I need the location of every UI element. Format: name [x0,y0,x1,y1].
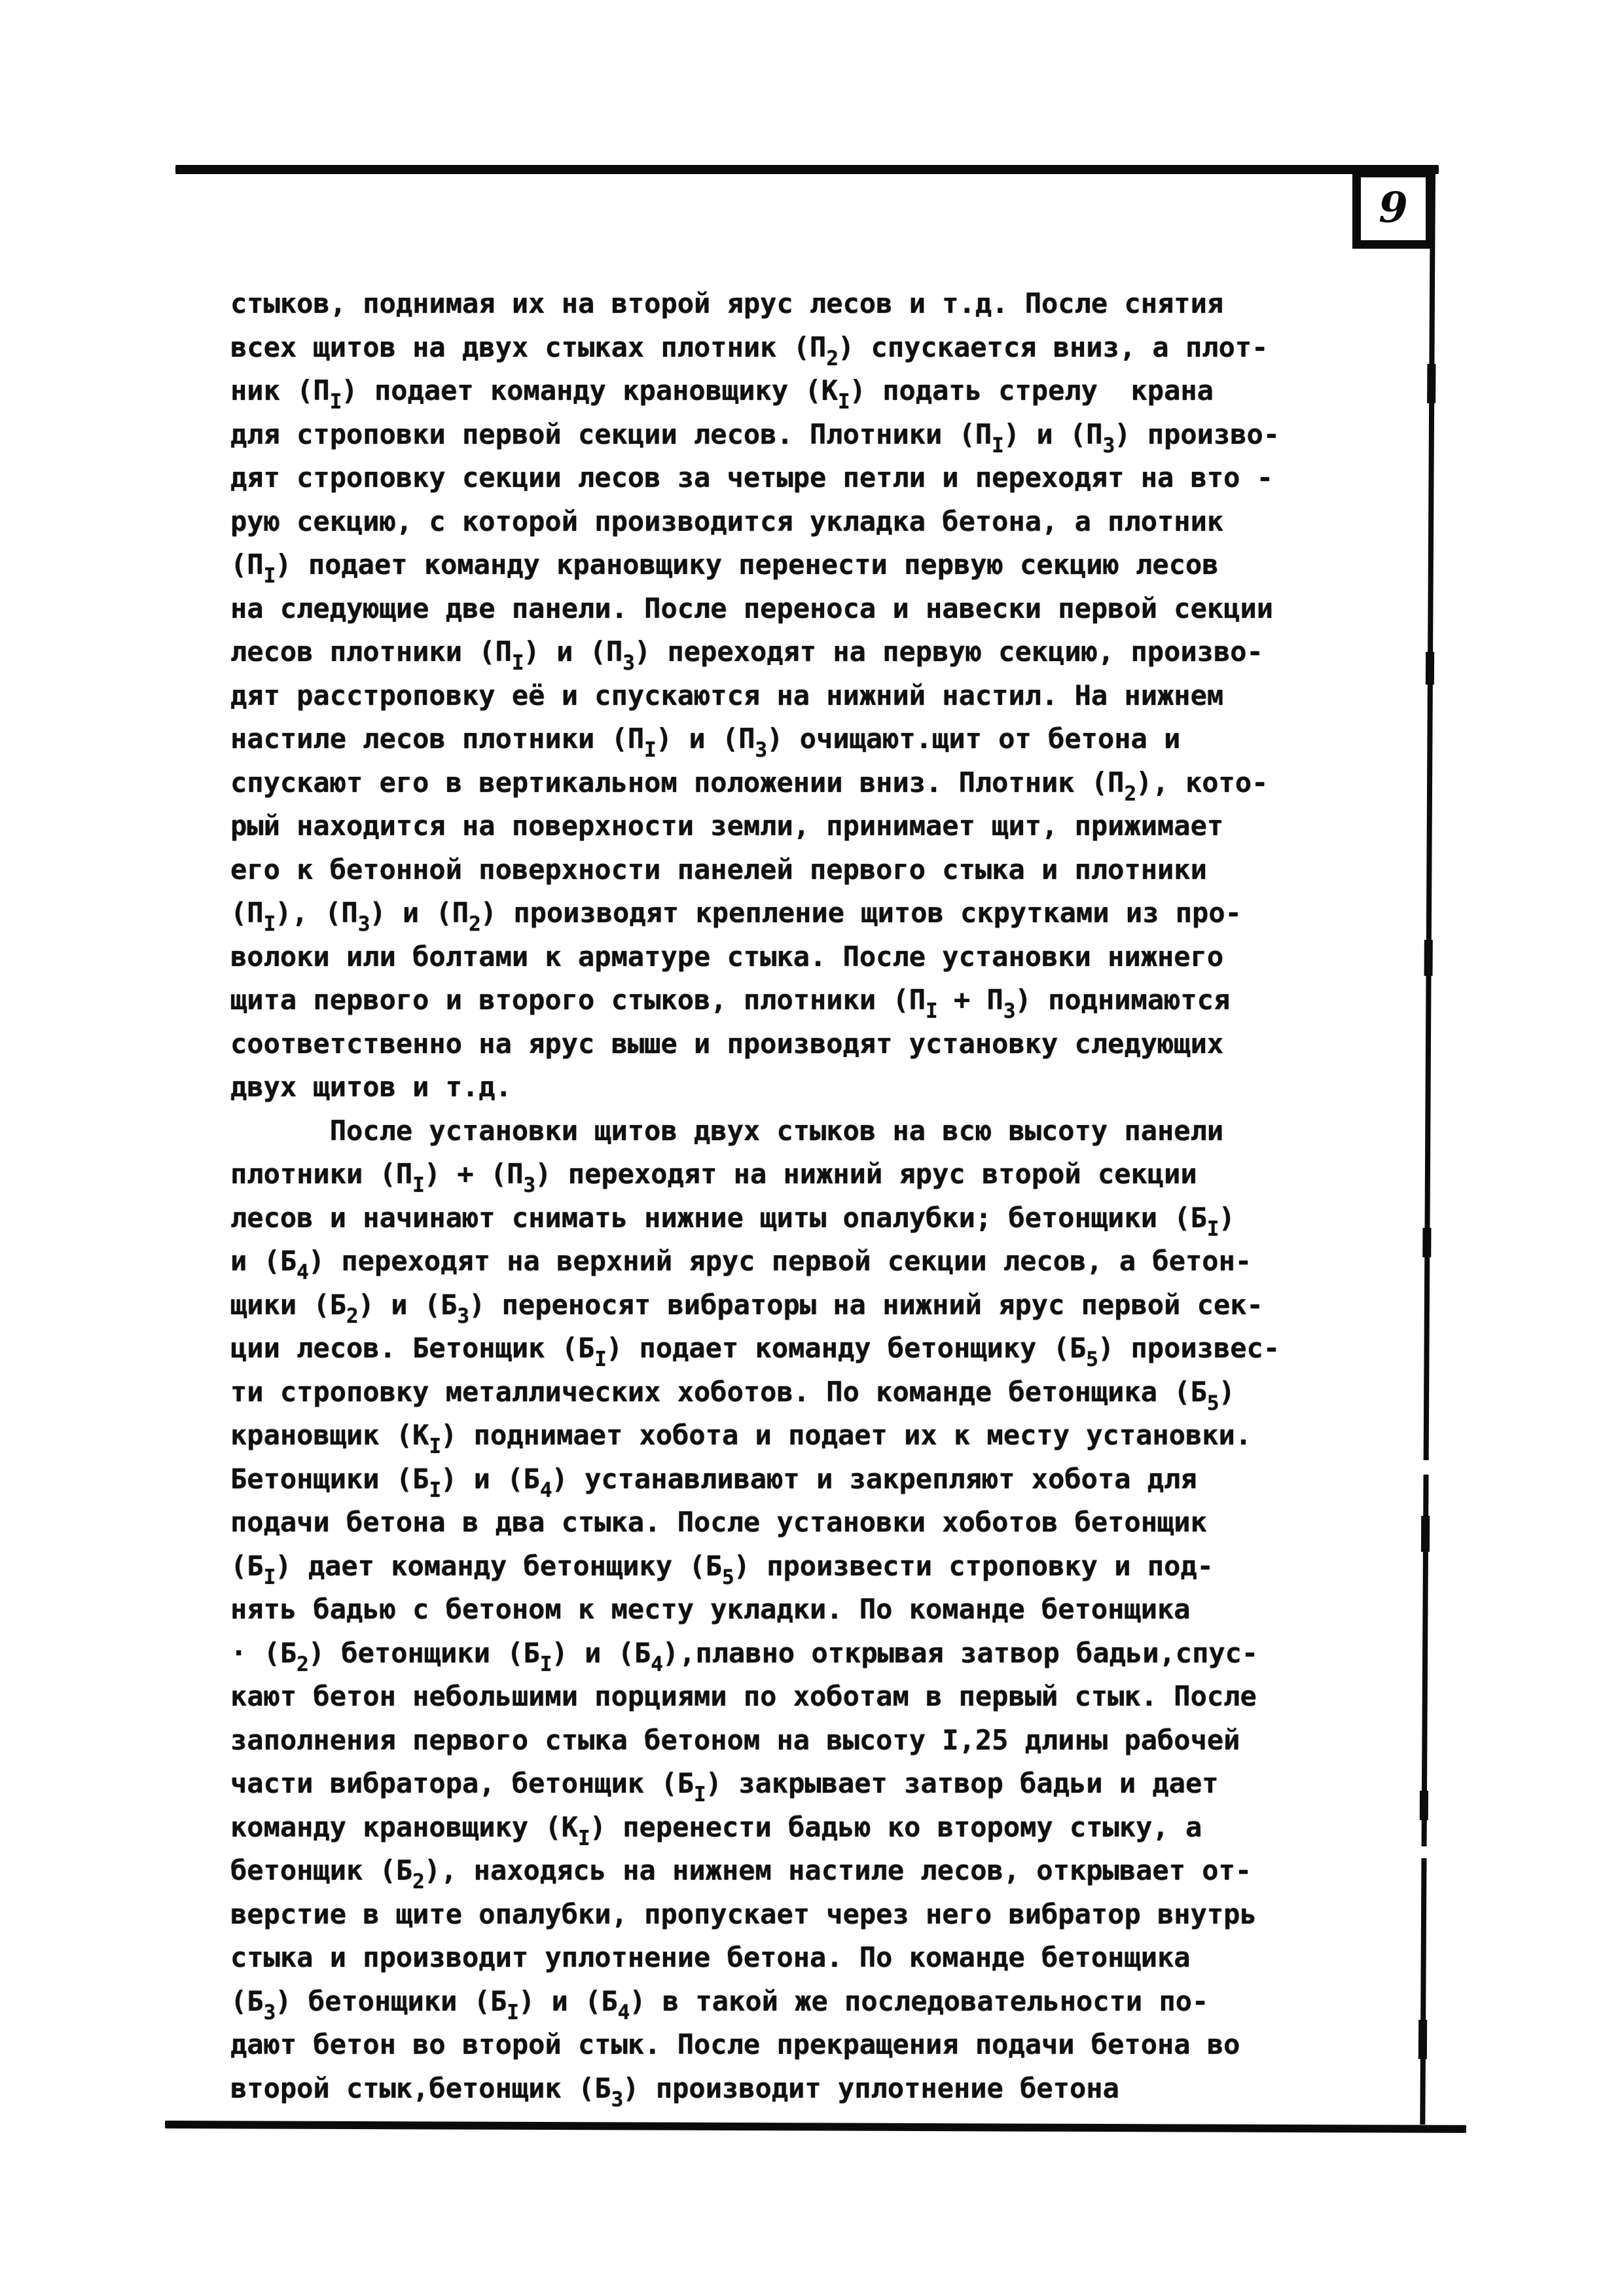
text-line: (ПI), (П3) и (П2) производят крепление щ… [230,891,1474,935]
text-line: и (Б4) переходят на верхний ярус первой … [230,1240,1474,1283]
text-line: ти строповку металлических хоботов. По к… [230,1371,1474,1414]
text-line: команду крановщику (КI) перенести бадью … [230,1806,1474,1850]
scanned-document-page: 9 стыков, поднимая их на второй ярус лес… [0,0,1624,2296]
text-line: дят строповку секции лесов за четыре пет… [230,456,1474,500]
text-line: всех щитов на двух стыках плотник (П2) с… [230,326,1474,370]
text-line: спускают его в вертикальном положении вн… [230,761,1474,805]
text-line: (ПI) подает команду крановщику перенести… [230,543,1474,587]
text-line: кают бетон небольшими порциями по хобота… [230,1675,1474,1719]
text-line: второй стык,бетонщик (Б3) производит упл… [230,2067,1474,2111]
text-line: двух щитов и т.д. [230,1066,1474,1109]
text-line: рый находится на поверхности земли, прин… [230,804,1474,848]
page-number-box: 9 [1352,169,1434,249]
text-line: соответственно на ярус выше и производят… [230,1022,1474,1066]
text-line: на следующие две панели. После переноса … [230,587,1474,631]
text-line: ции лесов. Бетонщик (БI) подает команду … [230,1327,1474,1371]
text-line: крановщик (КI) поднимает хобота и подает… [230,1414,1474,1458]
text-line: (Б3) бетонщики (БI) и (Б4) в такой же по… [230,1980,1474,2024]
text-line: нять бадью с бетоном к месту укладки. По… [230,1588,1474,1632]
top-rule [175,165,1439,174]
text-line: лесов плотники (ПI) и (П3) переходят на … [230,630,1474,674]
page-number: 9 [1379,183,1408,232]
document-text: стыков, поднимая их на второй ярус лесов… [230,282,1474,2110]
text-line: плотники (ПI) + (П3) переходят на нижний… [230,1153,1474,1196]
text-line: щики (Б2) и (Б3) переносят вибраторы на … [230,1283,1474,1327]
text-line: стыка и производит уплотнение бетона. По… [230,1936,1474,1980]
text-line: его к бетонной поверхности панелей перво… [230,848,1474,892]
text-line: дают бетон во второй стык. После прекращ… [230,2023,1474,2067]
bottom-rule [165,2121,1466,2133]
text-line: стыков, поднимая их на второй ярус лесов… [230,282,1474,326]
text-line: После установки щитов двух стыков на всю… [230,1109,1474,1153]
text-line: (БI) дает команду бетонщику (Б5) произве… [230,1545,1474,1588]
text-line: ник (ПI) подает команду крановщику (КI) … [230,369,1474,413]
text-line: заполнения первого стыка бетоном на высо… [230,1719,1474,1763]
text-line: щита первого и второго стыков, плотники … [230,978,1474,1022]
text-line: дят расстроповку её и спускаются на нижн… [230,674,1474,718]
text-line: для строповки первой секции лесов. Плотн… [230,413,1474,457]
text-line: · (Б2) бетонщики (БI) и (Б4),плавно откр… [230,1632,1474,1676]
text-line: лесов и начинают снимать нижние щиты опа… [230,1196,1474,1240]
text-line: настиле лесов плотники (ПI) и (П3) очища… [230,717,1474,761]
text-line: бетонщик (Б2), находясь на нижнем настил… [230,1849,1474,1893]
text-line: Бетонщики (БI) и (Б4) устанавливают и за… [230,1458,1474,1501]
text-line: подачи бетона в два стыка. После установ… [230,1501,1474,1545]
text-line: верстие в щите опалубки, пропускает чере… [230,1893,1474,1937]
text-line: части вибратора, бетонщик (БI) закрывает… [230,1762,1474,1806]
text-line: волоки или болтами к арматуре стыка. Пос… [230,935,1474,979]
text-line: рую секцию, с которой производится уклад… [230,500,1474,544]
